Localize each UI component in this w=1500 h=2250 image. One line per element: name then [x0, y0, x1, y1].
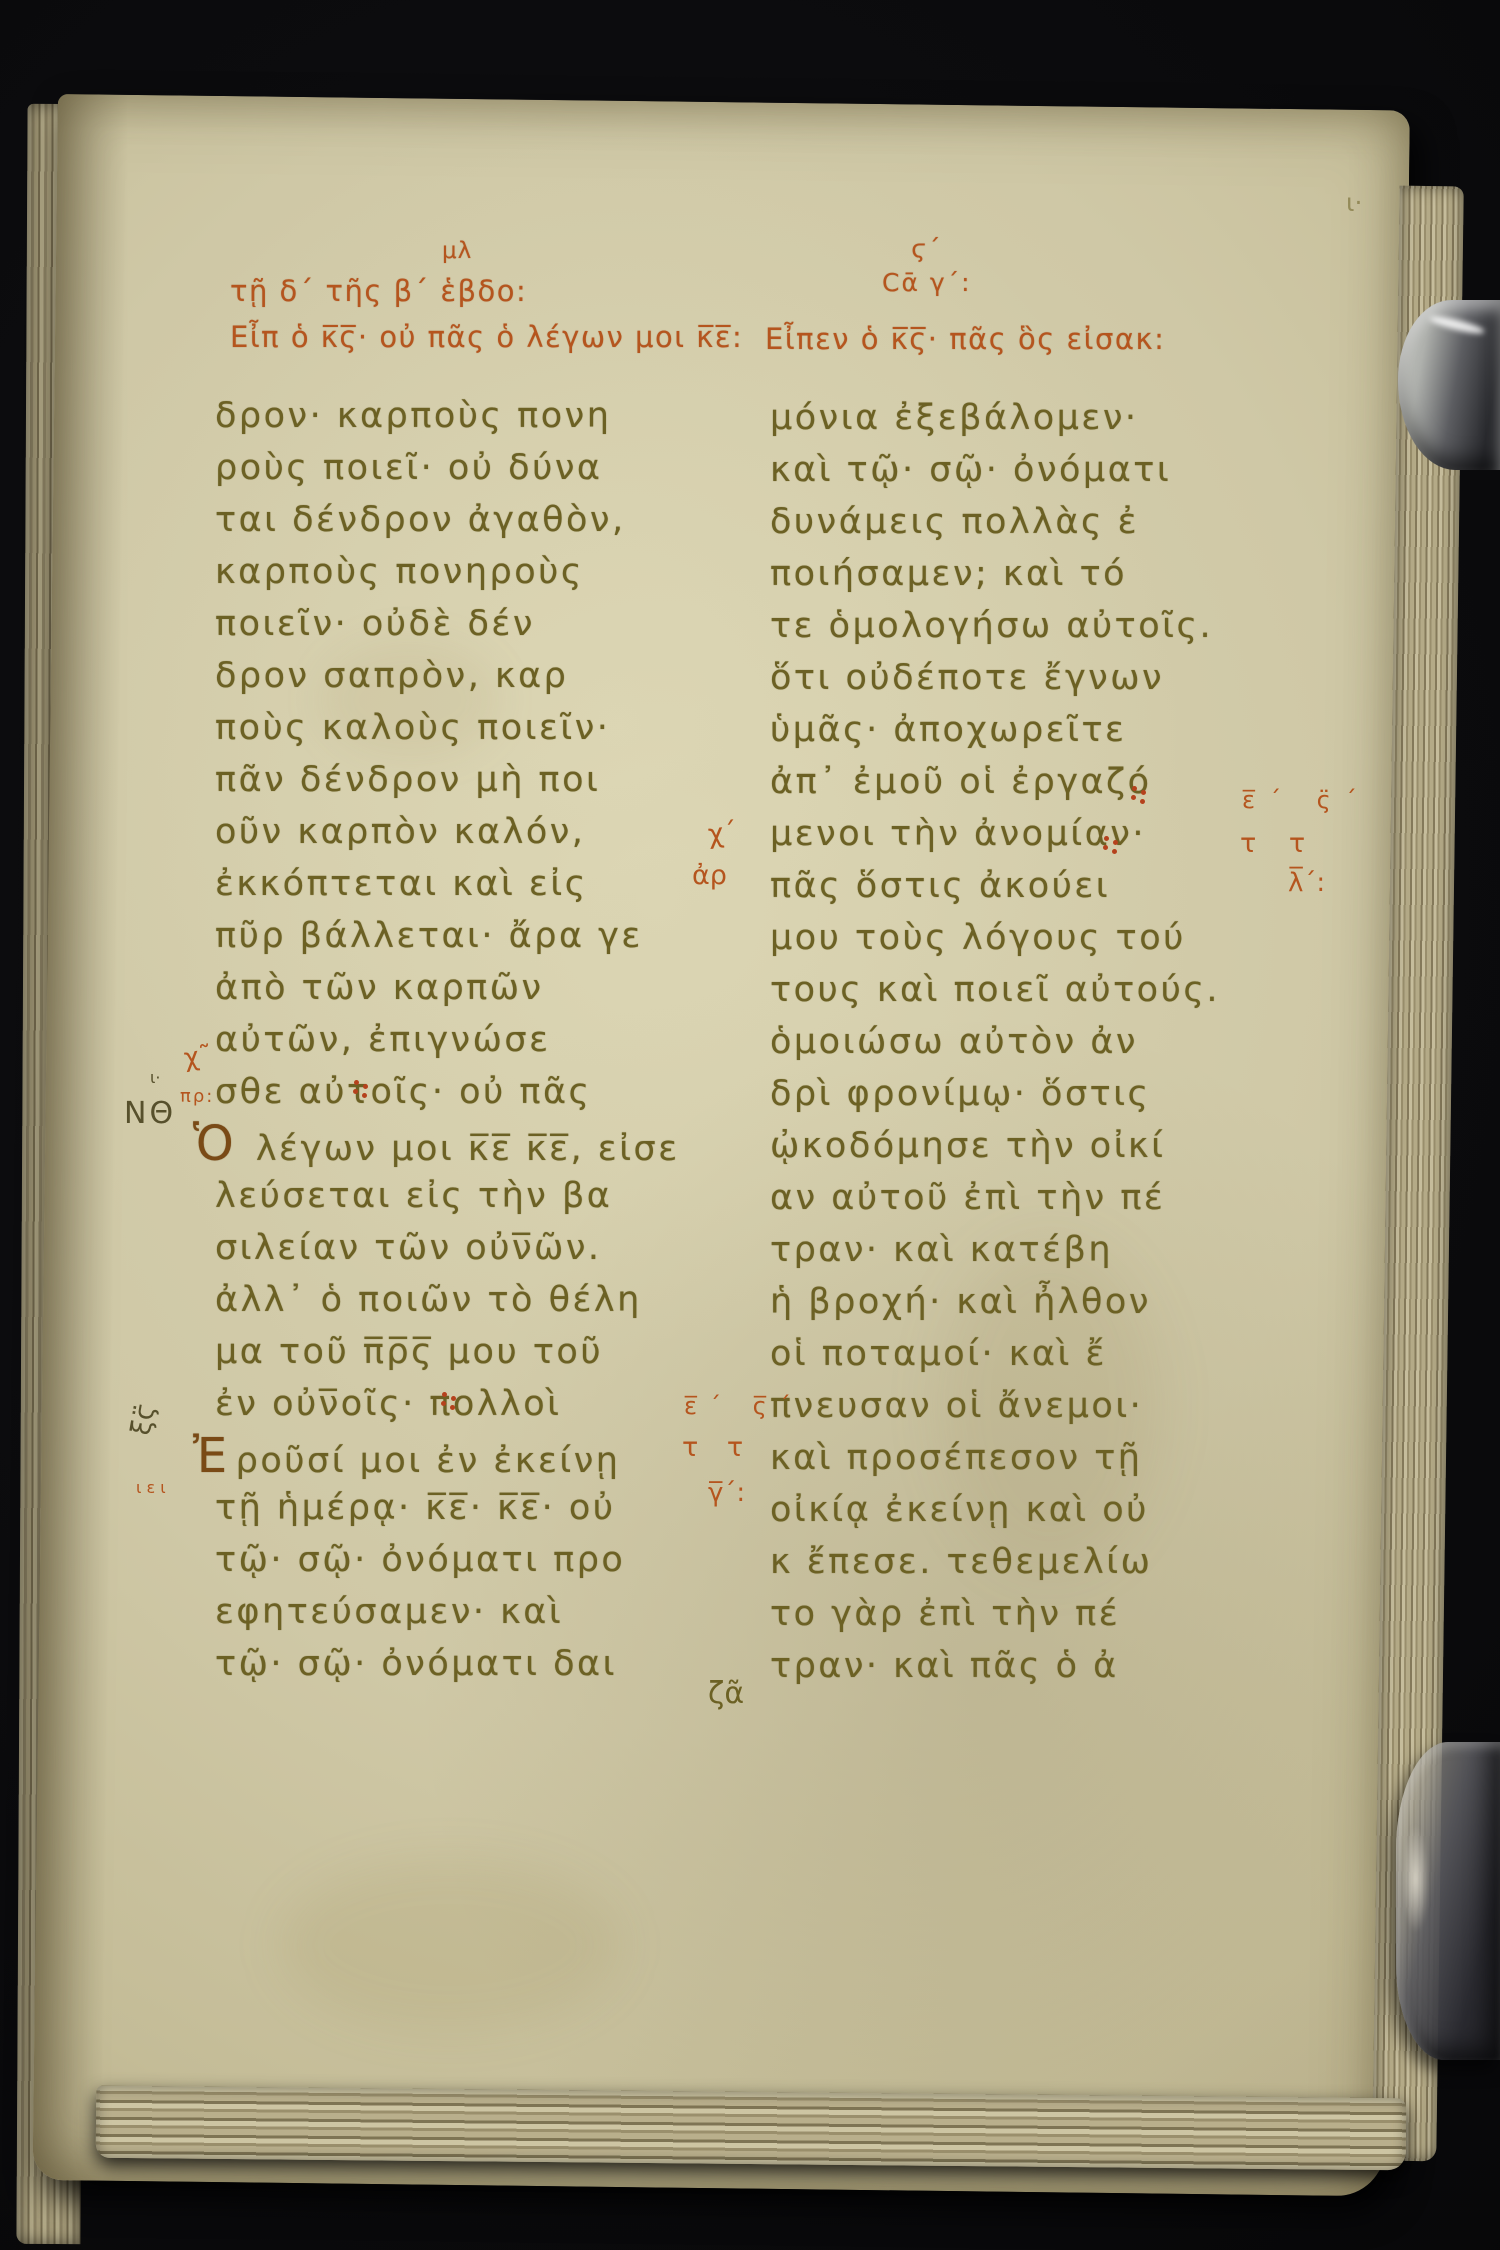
text-column-left: δρον· καρποὺς πονηροὺς ποιεῖ· οὐ δύναται…: [215, 390, 725, 1690]
text-line: σθε αὐτοῖς· οὐ πᾶς: [215, 1066, 725, 1118]
text-line: ᾠκοδόμησε τὴν οἰκί: [770, 1120, 1310, 1172]
sigla-top: ϛ΄: [882, 232, 972, 266]
margin-kephalaion-number: ΝΘ: [124, 1096, 176, 1131]
text-line: καὶ τῷ· σῷ· ὀνόματι: [770, 444, 1310, 496]
text-line: εφητεύσαμεν· καὶ: [215, 1586, 725, 1638]
text-line: τῷ· σῷ· ὀνόματι προ: [215, 1534, 725, 1586]
text-line: μα τοῦ π̅ρ̅ς̅ μου τοῦ: [215, 1326, 725, 1378]
margin-ammonian-section: ξϛ̈: [126, 1402, 162, 1438]
red-four-dots-icon: [1132, 786, 1137, 791]
enlarged-initial: Ὁ: [193, 1116, 236, 1172]
margin-arche-chi: χ΄: [706, 817, 738, 851]
text-line: ποιήσαμεν; καὶ τό: [770, 548, 1310, 600]
text-line: οἰκίᾳ ἐκείνῃ καὶ οὐ: [770, 1484, 1310, 1536]
margin-telos-left-row1: ε̅΄ ς̅΄: [684, 1392, 803, 1420]
lection-sigla: ϛ΄ Ϲᾱ γ΄:: [882, 232, 972, 300]
rubric-line: τῇ δ΄ τῆς β΄ ἑβδο:: [230, 268, 743, 314]
text-line: δρον σαπρὸν, καρ: [215, 650, 725, 702]
text-line: τῇ ἡμέρᾳ· κ̅ε̅· κ̅ε̅· οὐ: [215, 1482, 725, 1534]
folio-number: ι·: [1346, 188, 1362, 217]
text-line: ποιεῖν· οὐδὲ δέν: [215, 598, 725, 650]
text-line: ἡ βροχή· καὶ ἦλθον: [770, 1276, 1310, 1328]
text-line: τε ὁμολογήσω αὐτοῖς.: [770, 600, 1310, 652]
text-column-right: μόνια ἐξεβάλομεν·καὶ τῷ· σῷ· ὀνόματιδυνά…: [770, 392, 1310, 1692]
text-line: πᾶν δένδρον μὴ ποι: [215, 754, 725, 806]
margin-eusebian-canon: ι ε ι: [136, 1476, 166, 1500]
text-line: μόνια ἐξεβάλομεν·: [770, 392, 1310, 444]
text-line: ἀπ᾽ ἐμοῦ οἱ ἐργαζό: [770, 756, 1310, 808]
text-line: σιλείαν τῶν οὐν̅ῶν.: [215, 1222, 725, 1274]
text-line: οἱ ποταμοί· καὶ ἔ: [770, 1328, 1310, 1380]
text-line: πᾶς ὅστις ἀκούει: [770, 860, 1310, 912]
text-line: πνευσαν οἱ ἄνεμοι·: [770, 1380, 1310, 1432]
sigla-row: Ϲᾱ γ΄:: [882, 266, 972, 300]
margin-kephalaion-dot: ι·: [150, 1068, 161, 1087]
lection-rubric-right: Εἶπεν ὁ κ̅ς̅· πᾶς ὃς εἰσακ:: [765, 322, 1165, 356]
margin-telos-right-row1: ε̅΄ ς̈΄: [1242, 786, 1371, 814]
margin-telos-right-row3: λ̅΄:: [1288, 868, 1325, 898]
text-line: αν αὐτοῦ ἐπὶ τὴν πέ: [770, 1172, 1310, 1224]
margin-kephalaion-abbrev: πρ:: [180, 1086, 214, 1107]
text-line: ἐν οὐν̅οῖς· πολλοὶ: [215, 1378, 725, 1430]
lection-number: μλ: [442, 238, 472, 264]
text-line: τῷ· σῷ· ὀνόματι δαι: [215, 1638, 725, 1690]
text-line: ποὺς καλοὺς ποιεῖν·: [215, 702, 725, 754]
margin-telos-left-row2: τ τ: [682, 1432, 753, 1463]
text-line: ὑμᾶς· ἀποχωρεῖτε: [770, 704, 1310, 756]
red-four-dots-icon: [354, 1080, 359, 1085]
manuscript-photo: ϛ ε ι ι· μλ τῇ δ΄ τῆς β΄ ἑβδο: Εἶπ ὁ κ̅ς…: [0, 0, 1500, 2250]
red-four-dots-icon: [442, 1392, 447, 1397]
text-line: ὁμοιώσω αὐτὸν ἀν: [770, 1016, 1310, 1068]
text-line: μενοι τὴν ἀνομίαν·: [770, 808, 1310, 860]
red-four-dots-icon: [1104, 836, 1109, 841]
text-line: οῦν καρπὸν καλόν,: [215, 806, 725, 858]
text-line: κ ἔπεσε. τεθεμελίω: [770, 1536, 1310, 1588]
text-line: λεύσεται εἰς τὴν βα: [215, 1170, 725, 1222]
text-line: ροὺς ποιεῖ· οὐ δύνα: [215, 442, 725, 494]
text-line: καὶ προσέπεσον τῇ: [770, 1432, 1310, 1484]
text-line: ἀπὸ τῶν καρπῶν: [215, 962, 725, 1014]
text-line: Ὁ λέγων μοι κ̅ε̅ κ̅ε̅, εἰσε: [215, 1118, 725, 1170]
margin-kephalaion-chi: χ῀: [182, 1040, 214, 1074]
text-line: δρον· καρποὺς πονη: [215, 390, 725, 442]
text-line: μου τοὺς λόγους τού: [770, 912, 1310, 964]
text-line: δρὶ φρονίμῳ· ὅστις: [770, 1068, 1310, 1120]
text-line: δυνάμεις πολλὰς ἐ: [770, 496, 1310, 548]
text-line: τραν· καὶ κατέβη: [770, 1224, 1310, 1276]
enlarged-initial: Ἐ: [193, 1428, 230, 1484]
text-line: ὅτι οὐδέποτε ἔγνων: [770, 652, 1310, 704]
margin-arche-ar: ἀρ: [692, 860, 727, 891]
text-line: ἀλλ᾽ ὁ ποιῶν τὸ θέλη: [215, 1274, 725, 1326]
text-line: το γὰρ ἐπὶ τὴν πέ: [770, 1588, 1310, 1640]
text-layer: ι· μλ τῇ δ΄ τῆς β΄ ἑβδο: Εἶπ ὁ κ̅ς̅· οὐ …: [0, 0, 1500, 2250]
lection-rubric-left: τῇ δ΄ τῆς β΄ ἑβδο: Εἶπ ὁ κ̅ς̅· οὐ πᾶς ὁ …: [230, 268, 743, 360]
margin-telos-right-row2: τ τ: [1240, 828, 1317, 859]
text-line: αὐτῶν, ἐπιγνώσε: [215, 1014, 725, 1066]
text-line: τους καὶ ποιεῖ αὐτούς.: [770, 964, 1310, 1016]
text-line: Ἐροῦσί μοι ἐν ἐκείνῃ: [215, 1430, 725, 1482]
text-line: ἐκκόπτεται καὶ εἰς: [215, 858, 725, 910]
text-line: ται δένδρον ἀγαθὸν,: [215, 494, 725, 546]
margin-telos-left-row3: γ̅΄:: [708, 1478, 745, 1508]
text-line: καρποὺς πονηροὺς: [215, 546, 725, 598]
rubric-line: Εἶπ ὁ κ̅ς̅· οὐ πᾶς ὁ λέγων μοι κ̅ε̅:: [230, 314, 743, 360]
text-line: τραν· καὶ πᾶς ὁ ἀ: [770, 1640, 1310, 1692]
quire-signature: ζᾶ: [708, 1676, 744, 1711]
text-line: πῦρ βάλλεται· ἄρα γε: [215, 910, 725, 962]
